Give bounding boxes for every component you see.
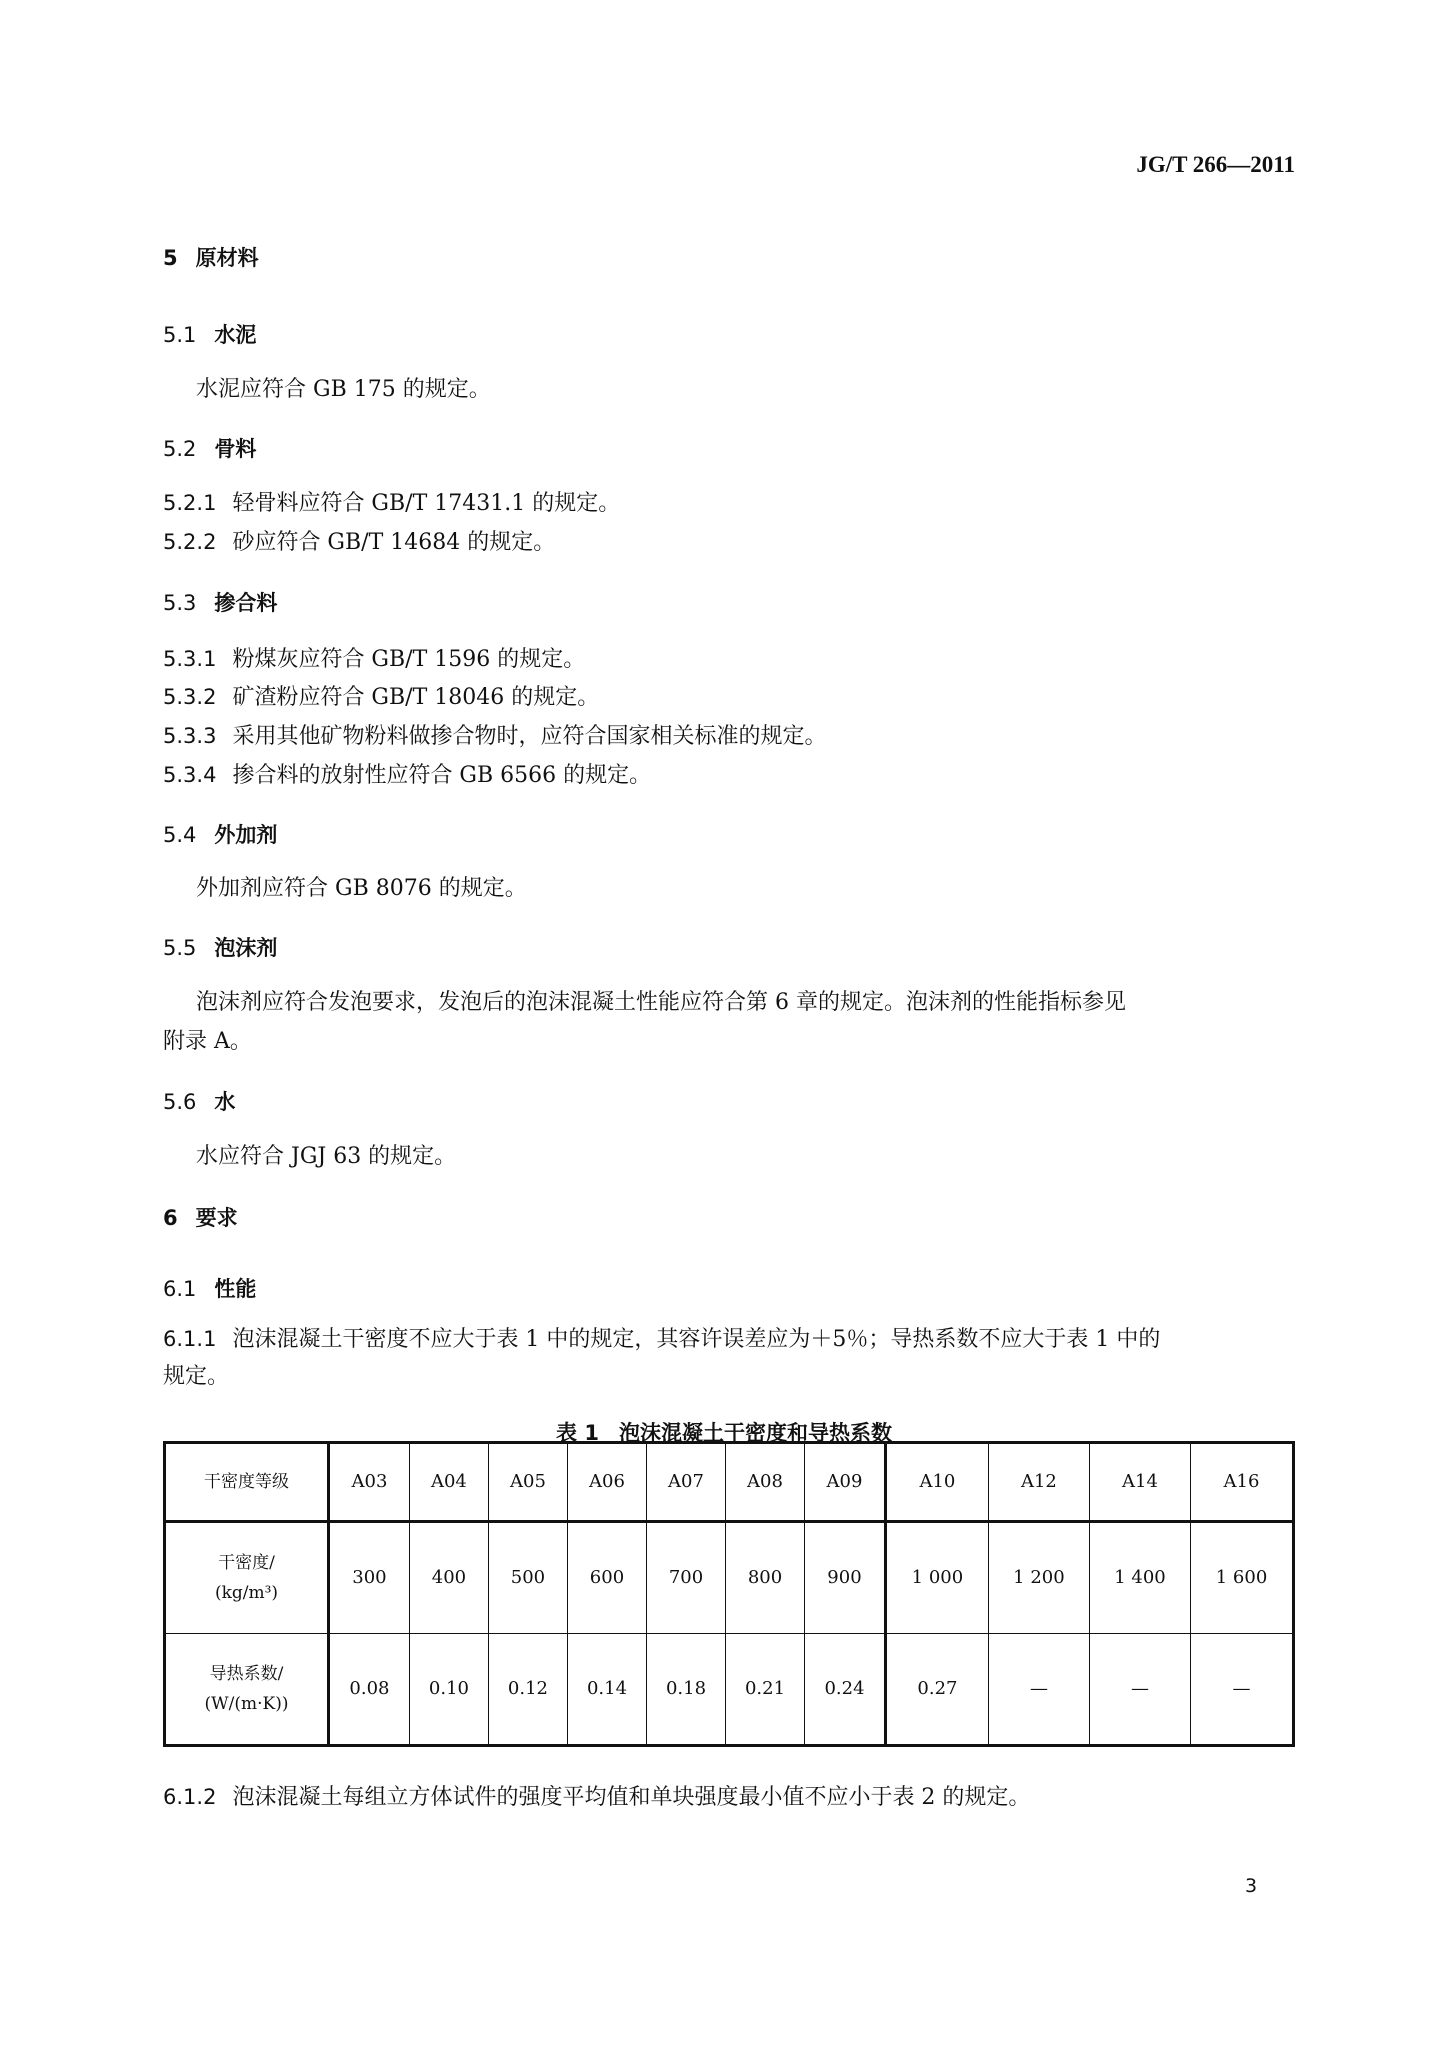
section-heading-5-6: 5.6水 xyxy=(163,1086,235,1116)
section-title: 原材料 xyxy=(196,246,259,270)
conductivity-cell: 0.12 xyxy=(488,1634,567,1746)
grade-cell: A10 xyxy=(885,1443,988,1522)
grade-cell: A09 xyxy=(805,1443,886,1522)
section-number: 6.1 xyxy=(163,1277,196,1301)
conductivity-cell: 0.14 xyxy=(567,1634,646,1746)
grade-cell: A04 xyxy=(409,1443,488,1522)
row-header-unit: (kg/m³) xyxy=(166,1578,327,1608)
grade-cell: A03 xyxy=(329,1443,410,1522)
table-row-density: 干密度/ (kg/m³) 300 400 500 600 700 800 900… xyxy=(165,1522,1294,1634)
clause-text: 矿渣粉应符合 GB/T 18046 的规定。 xyxy=(232,685,599,710)
conductivity-cell: 0.24 xyxy=(805,1634,886,1746)
row-header-conductivity: 导热系数/ (W/(m·K)) xyxy=(165,1634,329,1746)
density-cell: 900 xyxy=(805,1522,886,1634)
clause-5-2-1: 5.2.1轻骨料应符合 GB/T 17431.1 的规定。 xyxy=(163,484,620,523)
section-title: 外加剂 xyxy=(214,823,277,847)
conductivity-cell: — xyxy=(1089,1634,1190,1746)
grade-cell: A08 xyxy=(726,1443,805,1522)
section-number: 5.4 xyxy=(163,823,196,847)
clause-text: 轻骨料应符合 GB/T 17431.1 的规定。 xyxy=(232,491,620,516)
clause-text: 砂应符合 GB/T 14684 的规定。 xyxy=(232,530,555,555)
density-cell: 1 200 xyxy=(988,1522,1089,1634)
density-cell: 1 000 xyxy=(885,1522,988,1634)
paragraph-5-5-line2: 附录 A。 xyxy=(163,1023,252,1061)
section-number: 5.1 xyxy=(163,323,196,347)
grade-cell: A12 xyxy=(988,1443,1089,1522)
section-title: 骨料 xyxy=(214,437,256,461)
row-header-grade: 干密度等级 xyxy=(165,1443,329,1522)
clause-6-1-2: 6.1.2泡沫混凝土每组立方体试件的强度平均值和单块强度最小值不应小于表 2 的… xyxy=(163,1778,1030,1817)
section-number: 5 xyxy=(163,246,178,270)
standard-code: JG/T 266—2011 xyxy=(1136,152,1295,178)
clause-6-1-1-line1: 6.1.1泡沫混凝土干密度不应大于表 1 中的规定，其容许误差应为＋5％；导热系… xyxy=(163,1320,1160,1359)
density-cell: 1 400 xyxy=(1089,1522,1190,1634)
paragraph-5-4: 外加剂应符合 GB 8076 的规定。 xyxy=(196,870,527,908)
row-header-line: 导热系数/ xyxy=(166,1659,327,1689)
clause-number: 5.3.4 xyxy=(163,756,216,794)
grade-cell: A16 xyxy=(1191,1443,1294,1522)
density-cell: 300 xyxy=(329,1522,410,1634)
clause-number: 6.1.1 xyxy=(163,1320,216,1358)
section-number: 5.5 xyxy=(163,936,196,960)
section-heading-5-2: 5.2骨料 xyxy=(163,433,256,463)
conductivity-cell: 0.10 xyxy=(409,1634,488,1746)
clause-5-3-3: 5.3.3采用其他矿物粉料做掺合物时，应符合国家相关标准的规定。 xyxy=(163,717,826,756)
row-header-density: 干密度/ (kg/m³) xyxy=(165,1522,329,1634)
conductivity-cell: 0.27 xyxy=(885,1634,988,1746)
density-cell: 600 xyxy=(567,1522,646,1634)
grade-cell: A14 xyxy=(1089,1443,1190,1522)
row-header-unit: (W/(m·K)) xyxy=(166,1689,327,1719)
density-cell: 800 xyxy=(726,1522,805,1634)
section-number: 5.3 xyxy=(163,591,196,615)
clause-6-1-1-line2: 规定。 xyxy=(163,1358,229,1396)
section-heading-5-5: 5.5泡沫剂 xyxy=(163,932,277,962)
clause-5-3-1: 5.3.1粉煤灰应符合 GB/T 1596 的规定。 xyxy=(163,640,585,679)
clause-text: 掺合料的放射性应符合 GB 6566 的规定。 xyxy=(232,763,651,788)
section-heading-5-1: 5.1水泥 xyxy=(163,319,256,349)
paragraph-5-1: 水泥应符合 GB 175 的规定。 xyxy=(196,371,491,409)
section-heading-6-1: 6.1性能 xyxy=(163,1273,256,1303)
clause-text: 采用其他矿物粉料做掺合物时，应符合国家相关标准的规定。 xyxy=(232,724,826,749)
section-title: 掺合料 xyxy=(214,591,277,615)
section-number: 5.6 xyxy=(163,1090,196,1114)
clause-5-3-4: 5.3.4掺合料的放射性应符合 GB 6566 的规定。 xyxy=(163,756,651,795)
clause-number: 6.1.2 xyxy=(163,1778,216,1816)
clause-number: 5.3.3 xyxy=(163,717,216,755)
row-header-line: 干密度/ xyxy=(166,1548,327,1578)
clause-5-2-2: 5.2.2砂应符合 GB/T 14684 的规定。 xyxy=(163,523,555,562)
density-cell: 400 xyxy=(409,1522,488,1634)
section-number: 5.2 xyxy=(163,437,196,461)
table-row-conductivity: 导热系数/ (W/(m·K)) 0.08 0.10 0.12 0.14 0.18… xyxy=(165,1634,1294,1746)
clause-5-3-2: 5.3.2矿渣粉应符合 GB/T 18046 的规定。 xyxy=(163,678,599,717)
section-heading-5-3: 5.3掺合料 xyxy=(163,587,277,617)
table-row-grade: 干密度等级 A03 A04 A05 A06 A07 A08 A09 A10 A1… xyxy=(165,1443,1294,1522)
density-cell: 700 xyxy=(646,1522,725,1634)
conductivity-cell: — xyxy=(1191,1634,1294,1746)
section-title: 泡沫剂 xyxy=(214,936,277,960)
conductivity-cell: 0.21 xyxy=(726,1634,805,1746)
paragraph-5-6: 水应符合 JGJ 63 的规定。 xyxy=(196,1138,456,1176)
section-heading-5-4: 5.4外加剂 xyxy=(163,819,277,849)
clause-text: 粉煤灰应符合 GB/T 1596 的规定。 xyxy=(232,647,585,672)
conductivity-cell: — xyxy=(988,1634,1089,1746)
conductivity-cell: 0.18 xyxy=(646,1634,725,1746)
section-heading-6: 6要求 xyxy=(163,1202,238,1232)
clause-number: 5.3.1 xyxy=(163,640,216,678)
conductivity-cell: 0.08 xyxy=(329,1634,410,1746)
paragraph-5-5-line1: 泡沫剂应符合发泡要求，发泡后的泡沫混凝土性能应符合第 6 章的规定。泡沫剂的性能… xyxy=(196,984,1126,1022)
clause-number: 5.2.1 xyxy=(163,484,216,522)
density-cell: 1 600 xyxy=(1191,1522,1294,1634)
page-number: 3 xyxy=(1245,1875,1257,1897)
density-cell: 500 xyxy=(488,1522,567,1634)
grade-cell: A07 xyxy=(646,1443,725,1522)
section-title: 性能 xyxy=(214,1277,256,1301)
section-heading-5: 5原材料 xyxy=(163,242,259,272)
clause-number: 5.3.2 xyxy=(163,678,216,716)
section-title: 水泥 xyxy=(214,323,256,347)
grade-cell: A06 xyxy=(567,1443,646,1522)
section-title: 要求 xyxy=(196,1206,238,1230)
section-number: 6 xyxy=(163,1206,178,1230)
density-conductivity-table: 干密度等级 A03 A04 A05 A06 A07 A08 A09 A10 A1… xyxy=(163,1441,1295,1747)
clause-text: 泡沫混凝土干密度不应大于表 1 中的规定，其容许误差应为＋5％；导热系数不应大于… xyxy=(232,1327,1160,1352)
section-title: 水 xyxy=(214,1090,235,1114)
clause-text: 泡沫混凝土每组立方体试件的强度平均值和单块强度最小值不应小于表 2 的规定。 xyxy=(232,1785,1030,1810)
clause-number: 5.2.2 xyxy=(163,523,216,561)
grade-cell: A05 xyxy=(488,1443,567,1522)
